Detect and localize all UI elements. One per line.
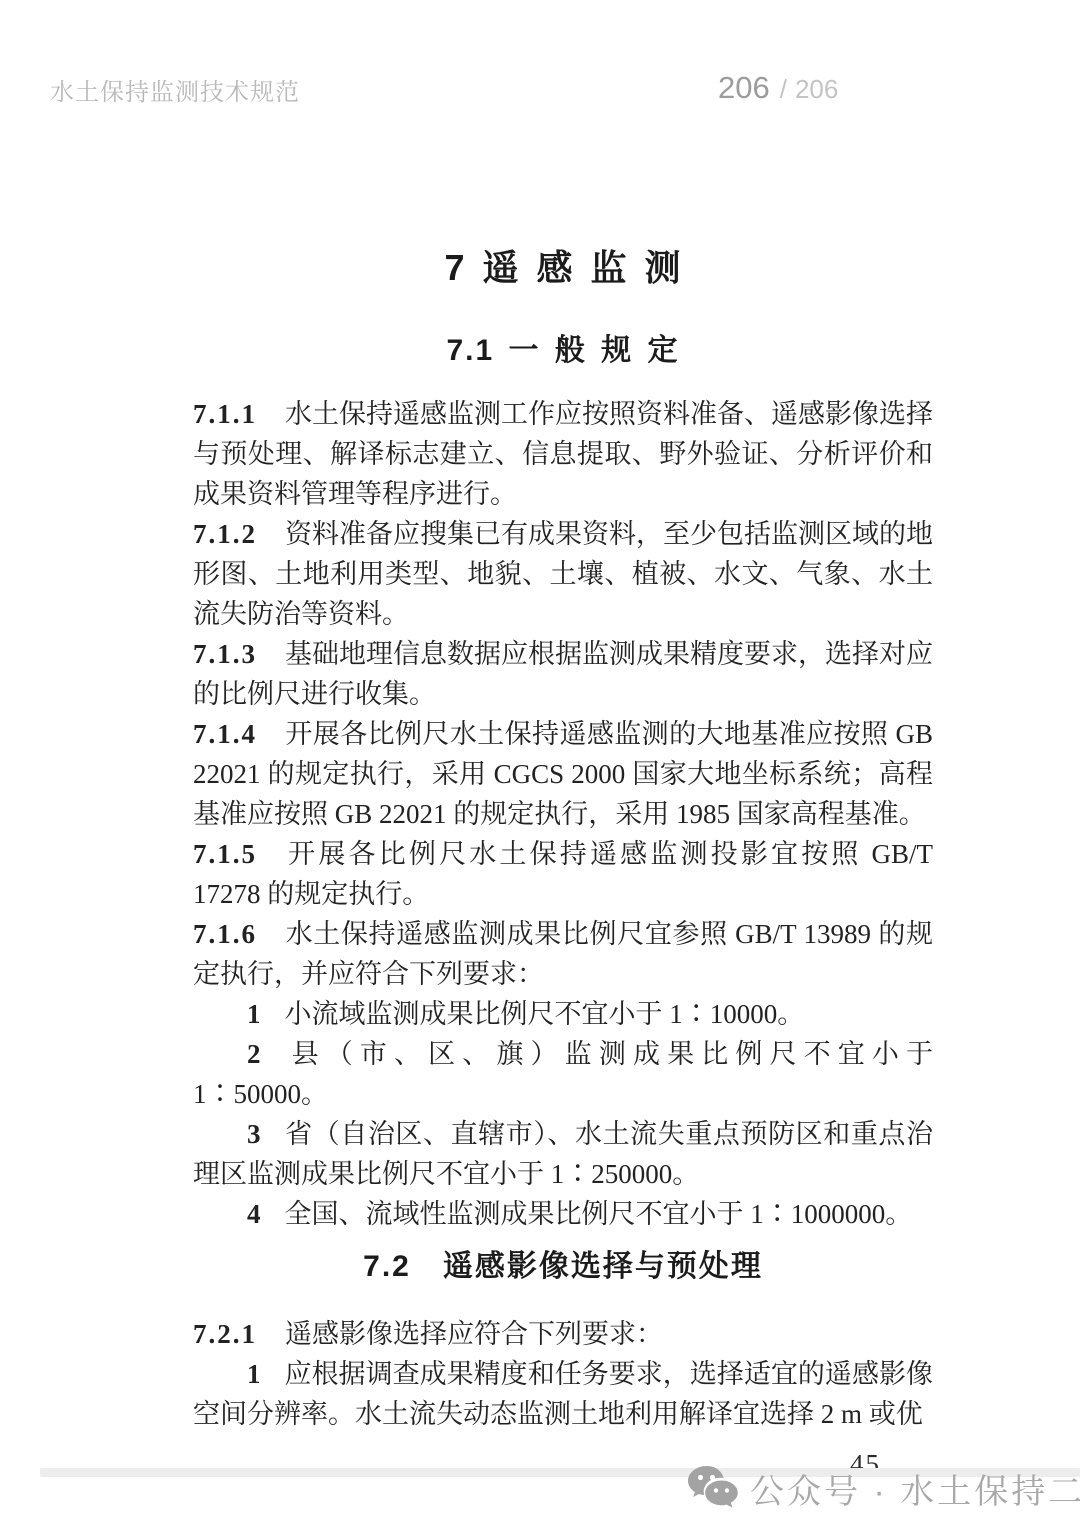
clause-7-1-1: 7.1.1水土保持遥感监测工作应按照资料准备、遥感影像选择与预处理、解译标志建立…: [193, 394, 933, 514]
clause-label: 7.1.3: [193, 639, 257, 669]
clause-label: 7.1.6: [193, 919, 257, 949]
clause-7-1-4: 7.1.4开展各比例尺水土保持遥感监测的大地基准应按照 GB 22021 的规定…: [193, 714, 933, 834]
item-number: 3: [247, 1119, 261, 1149]
clause-text: 水土保持遥感监测工作应按照资料准备、遥感影像选择与预处理、解译标志建立、信息提取…: [193, 399, 933, 509]
item-text: 省（自治区、直辖市）、水土流失重点预防区和重点治理区监测成果比例尺不宜小于 1∶…: [193, 1119, 933, 1189]
clause-text: 基础地理信息数据应根据监测成果精度要求，选择对应的比例尺进行收集。: [193, 639, 933, 709]
doc-title: 水土保持监测技术规范: [50, 72, 300, 107]
item-number: 4: [247, 1199, 261, 1229]
list-item-2: 2县（市、区、旗）监测成果比例尺不宜小于 1∶50000。: [193, 1034, 933, 1114]
clause-7-2-1: 7.2.1遥感影像选择应符合下列要求：: [193, 1314, 933, 1354]
chapter-heading: 7 遥 感 监 测: [193, 246, 933, 290]
page-content: 7 遥 感 监 测 7.1 一 般 规 定 7.1.1水土保持遥感监测工作应按照…: [193, 246, 933, 1484]
list-item-1b: 1应根据调查成果精度和任务要求，选择适宜的遥感影像空间分辨率。水土流失动态监测土…: [193, 1354, 933, 1434]
viewer-header: 水土保持监测技术规范 206/206: [50, 70, 1030, 106]
item-text: 小流域监测成果比例尺不宜小于 1∶10000。: [285, 999, 805, 1029]
item-text: 县（市、区、旗）监测成果比例尺不宜小于 1∶50000。: [193, 1039, 933, 1109]
watermark-label: 公众号 · 水土保持二三: [750, 1464, 1080, 1513]
clause-7-1-2: 7.1.2资料准备应搜集已有成果资料，至少包括监测区域的地形图、土地利用类型、地…: [193, 514, 933, 634]
document-viewer: 水土保持监测技术规范 206/206 7 遥 感 监 测 7.1 一 般 规 定…: [0, 0, 1080, 1527]
list-item-3: 3省（自治区、直辖市）、水土流失重点预防区和重点治理区监测成果比例尺不宜小于 1…: [193, 1114, 933, 1194]
clause-label: 7.1.4: [193, 719, 257, 749]
clause-7-1-3: 7.1.3基础地理信息数据应根据监测成果精度要求，选择对应的比例尺进行收集。: [193, 634, 933, 714]
clause-text: 开展各比例尺水土保持遥感监测的大地基准应按照 GB 22021 的规定执行，采用…: [193, 719, 933, 829]
clause-text: 水土保持遥感监测成果比例尺宜参照 GB/T 13989 的规定执行，并应符合下列…: [193, 919, 933, 989]
page-counter: 206/206: [718, 70, 838, 106]
item-text: 全国、流域性监测成果比例尺不宜小于 1∶1000000。: [285, 1199, 913, 1229]
item-number: 2: [247, 1039, 261, 1069]
list-item-1: 1小流域监测成果比例尺不宜小于 1∶10000。: [193, 994, 933, 1034]
clause-7-1-6: 7.1.6水土保持遥感监测成果比例尺宜参照 GB/T 13989 的规定执行，并…: [193, 914, 933, 994]
wechat-icon: [686, 1464, 742, 1512]
item-number: 1: [247, 999, 261, 1029]
current-page: 206: [718, 70, 770, 105]
watermark: 公众号 · 水土保持二三: [686, 1462, 1080, 1514]
clause-label: 7.2.1: [193, 1319, 257, 1349]
page-separator: /: [780, 74, 787, 104]
item-text: 应根据调查成果精度和任务要求，选择适宜的遥感影像空间分辨率。水土流失动态监测土地…: [193, 1359, 933, 1429]
item-number: 1: [247, 1359, 261, 1389]
clause-label: 7.1.1: [193, 399, 257, 429]
clause-7-1-5: 7.1.5开展各比例尺水土保持遥感监测投影宜按照 GB/T 17278 的规定执…: [193, 834, 933, 914]
list-item-4: 4全国、流域性监测成果比例尺不宜小于 1∶1000000。: [193, 1194, 933, 1234]
clause-text: 遥感影像选择应符合下列要求：: [285, 1319, 663, 1349]
section-heading-7-1: 7.1 一 般 规 定: [193, 332, 933, 370]
clause-text: 开展各比例尺水土保持遥感监测投影宜按照 GB/T 17278 的规定执行。: [193, 839, 933, 909]
clause-label: 7.1.5: [193, 839, 257, 869]
clause-label: 7.1.2: [193, 519, 257, 549]
clause-text: 资料准备应搜集已有成果资料，至少包括监测区域的地形图、土地利用类型、地貌、土壤、…: [193, 519, 933, 629]
total-pages: 206: [795, 74, 838, 104]
section-heading-7-2: 7.2 遥感影像选择与预处理: [193, 1248, 933, 1286]
